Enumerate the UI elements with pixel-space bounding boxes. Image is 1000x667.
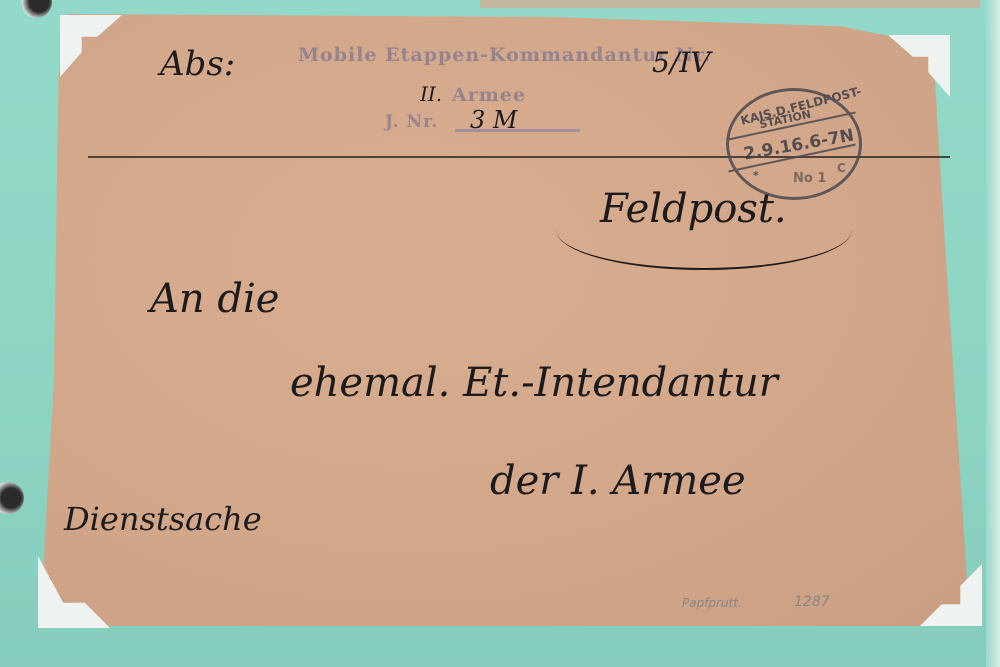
album-page: Abs: Mobile Etappen-Kommandantur Nr. Arm… [0, 0, 1000, 667]
handwritten-journal-number: 3 M [470, 106, 517, 134]
pencil-note-left: Papfprutt. [682, 596, 742, 610]
handwritten-army-number: II. [420, 82, 442, 106]
album-page-edge [986, 0, 1000, 667]
binder-hole [0, 482, 24, 514]
sender-stamp-line3: J. Nr. [385, 112, 438, 132]
sender-label: Abs: [160, 44, 235, 84]
neighbor-envelope-edge [480, 0, 980, 8]
address-line-2: ehemal. Et.-Intendantur [290, 360, 778, 406]
pencil-catalog-number: 1287 [794, 594, 830, 610]
address-line-1: An die [150, 276, 279, 322]
sender-stamp-line2: Armee [452, 84, 526, 106]
postmark-letter: C [837, 161, 846, 175]
address-line-3: der I. Armee [490, 458, 746, 504]
official-business-notation: Dienstsache [64, 500, 262, 538]
postmark-star: * [753, 169, 759, 182]
postmark-number: No 1 [793, 171, 826, 186]
binder-hole-top [20, 0, 52, 18]
handwritten-unit-number: 5/IV [652, 46, 711, 79]
feldpost-postmark: KAIS.D.FELDPOST- STATION 2.9.16.6-7N * N… [726, 88, 862, 200]
sender-stamp-line1: Mobile Etappen-Kommandantur Nr. [298, 44, 711, 66]
